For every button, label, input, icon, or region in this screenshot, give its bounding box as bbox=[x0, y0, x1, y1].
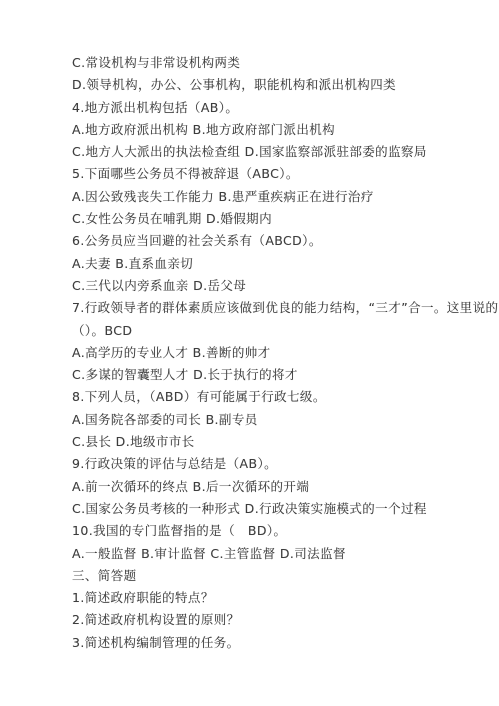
text-line: 8.下列人员，（ABD）有可能属于行政七级。 bbox=[72, 386, 449, 408]
text-line: 7.行政领导者的群体素质应该做到优良的能力结构，“三才”合一。这里说的“三才”是 bbox=[72, 297, 449, 319]
text-line: A.因公致残丧失工作能力 B.患严重疾病正在进行治疗 bbox=[72, 186, 449, 208]
text-line: 10.我国的专门监督指的是（ BD）。 bbox=[72, 520, 449, 542]
text-line: A.地方政府派出机构 B.地方政府部门派出机构 bbox=[72, 119, 449, 141]
text-line: C.女性公务员在哺乳期 D.婚假期内 bbox=[72, 208, 449, 230]
text-line: C.常设机构与非常设机构两类 bbox=[72, 52, 449, 74]
text-line: 2.简述政府机构设置的原则？ bbox=[72, 609, 449, 631]
text-line: A.前一次循环的终点 B.后一次循环的开端 bbox=[72, 476, 449, 498]
text-line: 9.行政决策的评估与总结是（AB）。 bbox=[72, 453, 449, 475]
text-line: A.国务院各部委的司长 B.副专员 bbox=[72, 409, 449, 431]
text-line: 3.简述机构编制管理的任务。 bbox=[72, 632, 449, 654]
text-line: 1.简述政府职能的特点？ bbox=[72, 587, 449, 609]
text-line: C.国家公务员考核的一种形式 D.行政决策实施模式的一个过程 bbox=[72, 498, 449, 520]
text-line: 三、简答题 bbox=[72, 565, 449, 587]
document-page: C.常设机构与非常设机构两类D.领导机构，办公、公事机构，职能机构和派出机构四类… bbox=[0, 0, 499, 706]
text-line: D.领导机构，办公、公事机构，职能机构和派出机构四类 bbox=[72, 74, 449, 96]
text-line: 4.地方派出机构包括（AB）。 bbox=[72, 97, 449, 119]
text-line: C.县长 D.地级市市长 bbox=[72, 431, 449, 453]
text-line: C.多谋的智囊型人才 D.长于执行的将才 bbox=[72, 364, 449, 386]
text-line: C.三代以内旁系血亲 D.岳父母 bbox=[72, 275, 449, 297]
page-background: { "page": { "background_color": "#ffffff… bbox=[0, 0, 499, 706]
text-line: A.夫妻 B.直系血亲切 bbox=[72, 253, 449, 275]
text-line: （）。BCD bbox=[72, 320, 449, 342]
text-line: 6.公务员应当回避的社会关系有（ABCD）。 bbox=[72, 230, 449, 252]
text-line: C.地方人大派出的执法检查组 D.国家监察部派驻部委的监察局 bbox=[72, 141, 449, 163]
text-line: A.高学历的专业人才 B.善断的帅才 bbox=[72, 342, 449, 364]
text-line: A.一般监督 B.审计监督 C.主管监督 D.司法监督 bbox=[72, 543, 449, 565]
document-body: C.常设机构与非常设机构两类D.领导机构，办公、公事机构，职能机构和派出机构四类… bbox=[72, 52, 449, 654]
text-line: 5.下面哪些公务员不得被辞退（ABC）。 bbox=[72, 163, 449, 185]
